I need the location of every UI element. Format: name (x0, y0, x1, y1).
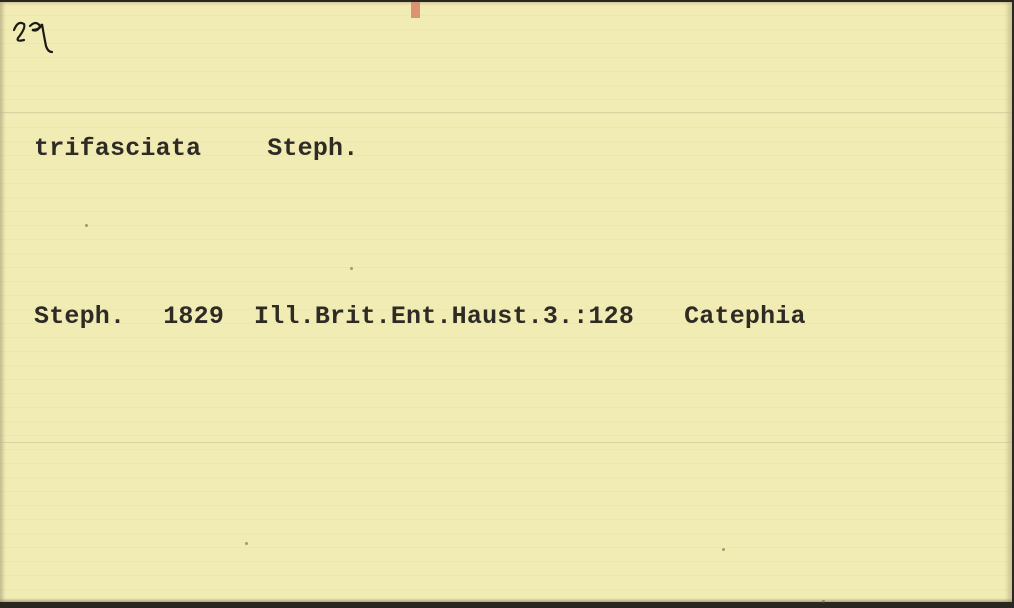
name-line: trifasciataSteph. (34, 134, 358, 163)
species-author: Steph. (267, 134, 358, 163)
handwritten-card-number: 29 (10, 16, 60, 56)
paper-speck (722, 548, 725, 551)
paper-speck (85, 224, 88, 227)
reference-line: Steph.1829Ill.Brit.Ent.Haust.3.:128Catep… (34, 302, 806, 331)
reference-author: Steph. (34, 302, 125, 331)
red-tab-mark (411, 2, 420, 18)
paper-speck (822, 600, 825, 603)
genus-name: Catephia (684, 302, 806, 331)
reference-year: 1829 (163, 302, 224, 331)
species-name: trifasciata (34, 134, 201, 163)
reference-citation: Ill.Brit.Ent.Haust.3.:128 (254, 302, 634, 331)
paper-speck (245, 542, 248, 545)
card-rule (0, 112, 1012, 113)
index-card: 29 trifasciataSteph. Steph.1829Ill.Brit.… (0, 2, 1012, 602)
paper-speck (350, 267, 353, 270)
card-rule (0, 442, 1012, 443)
